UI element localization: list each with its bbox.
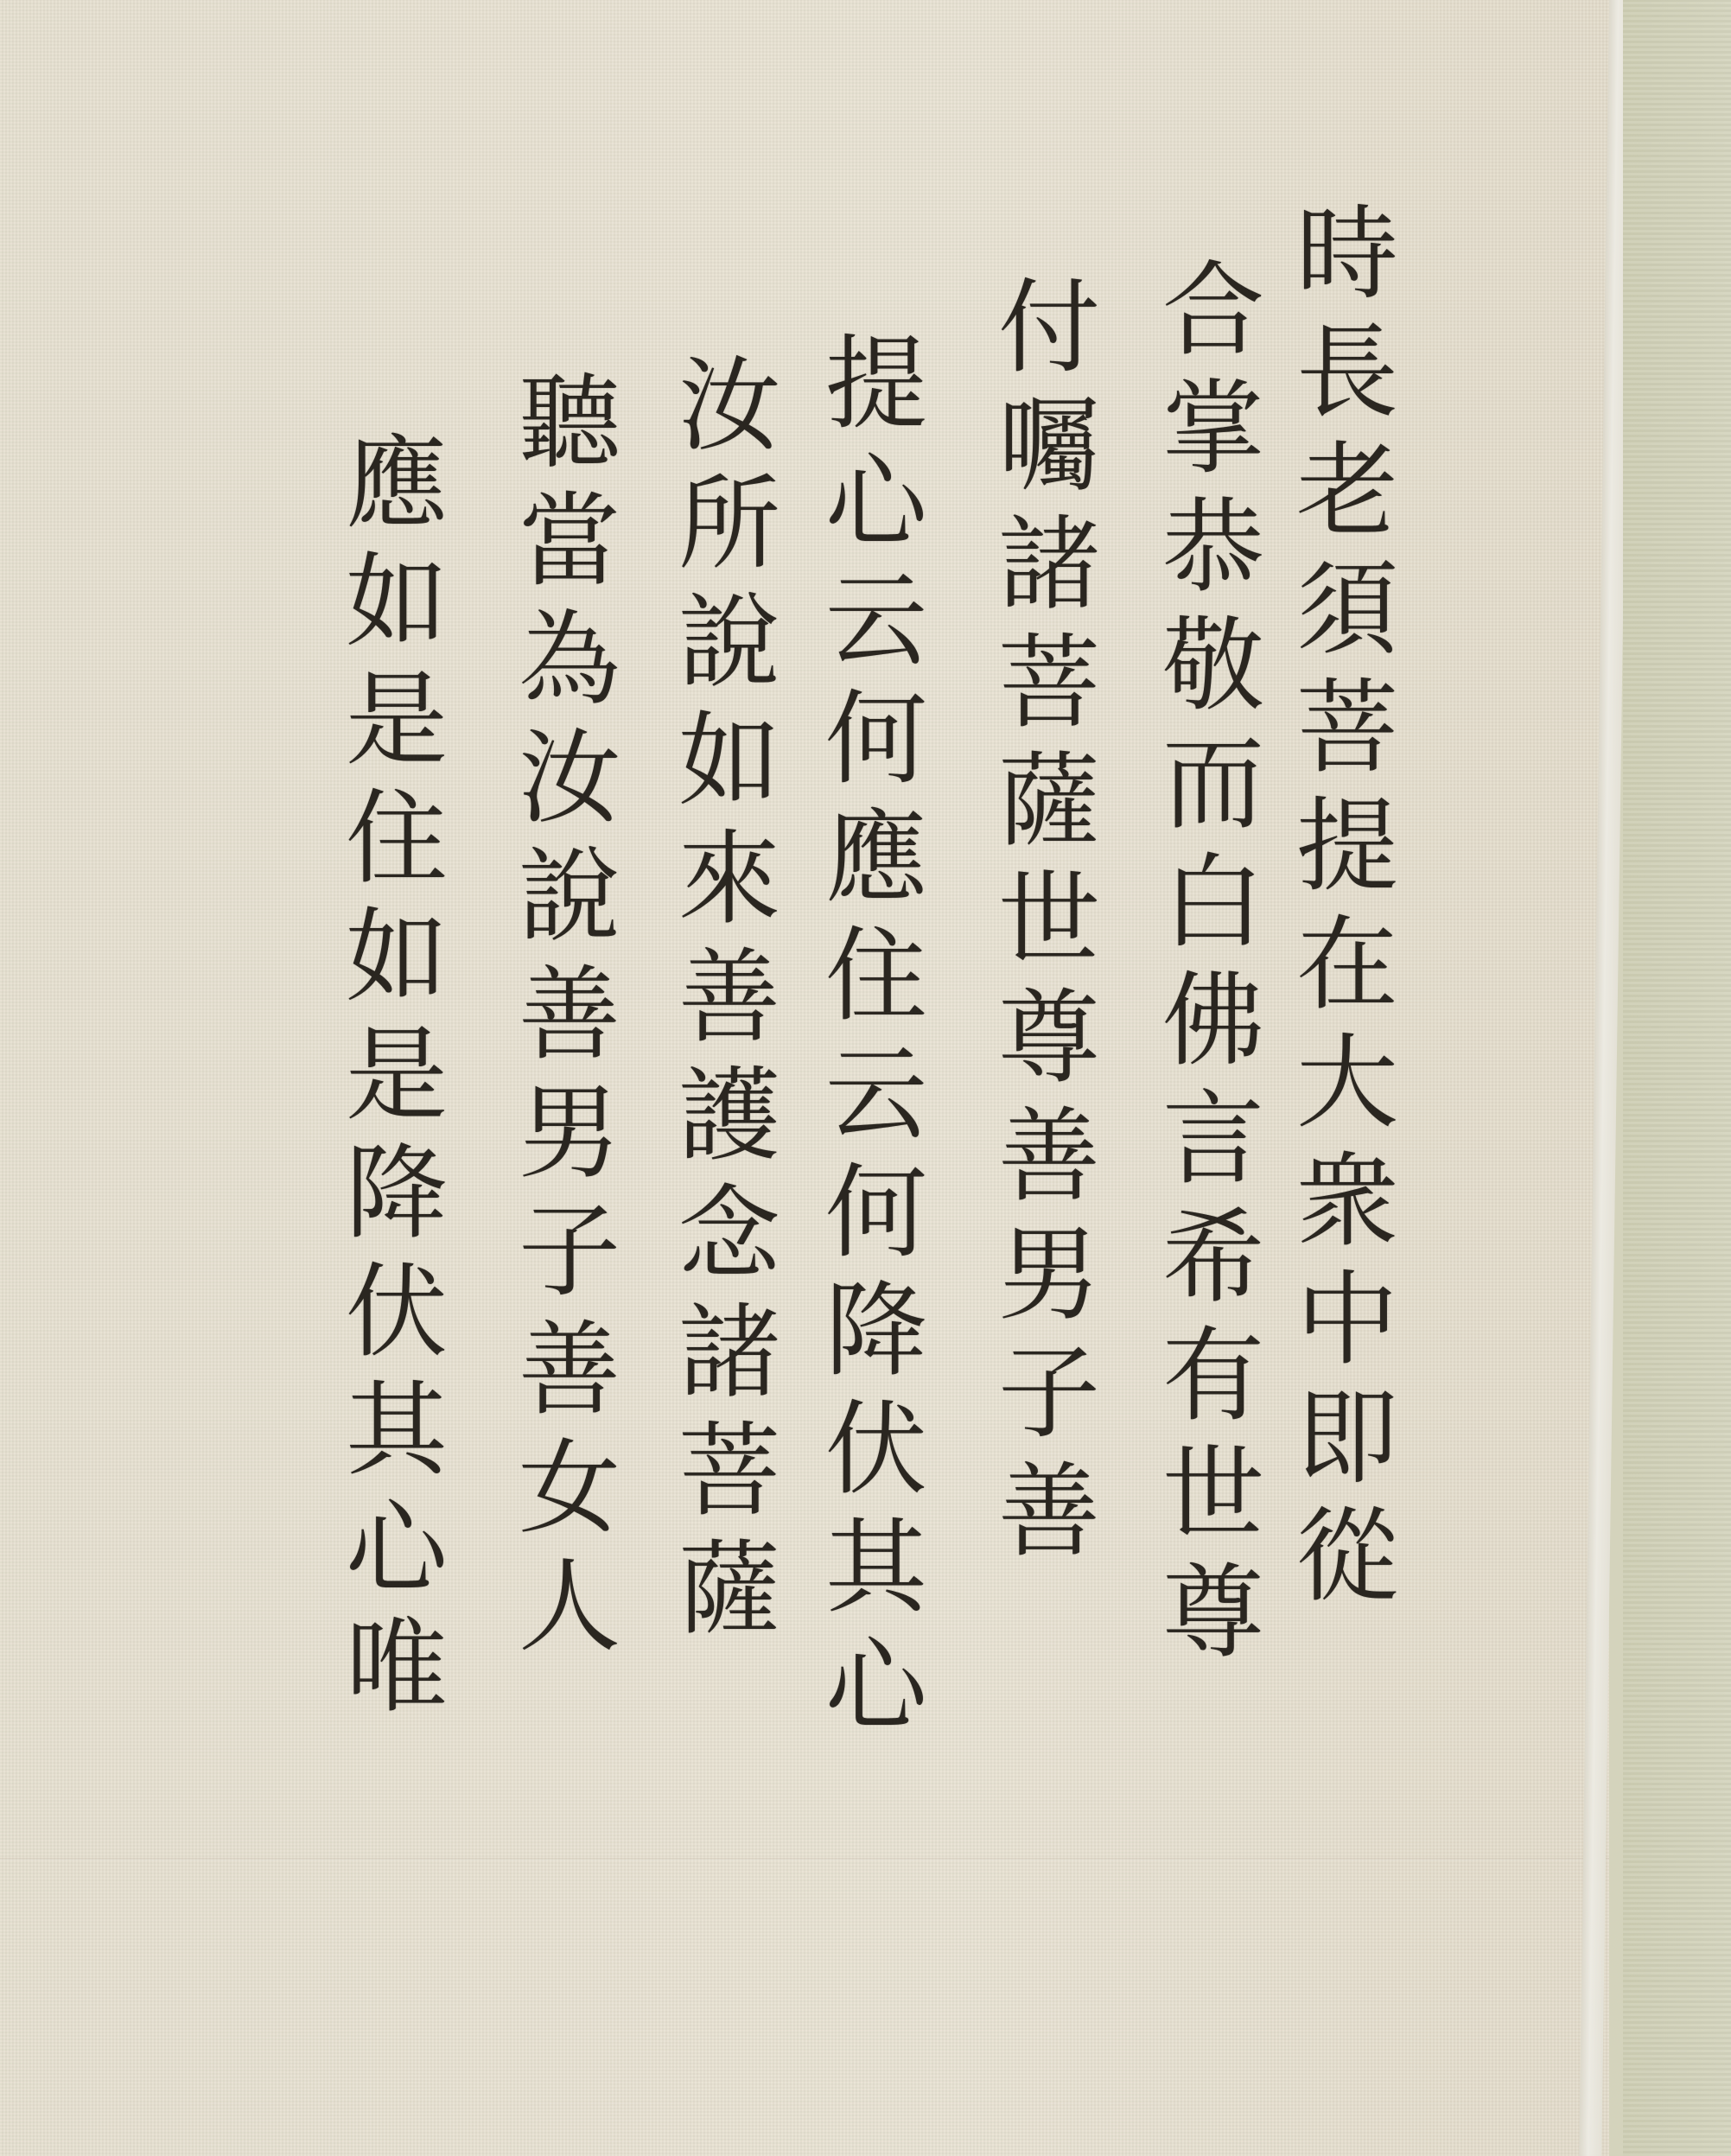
calligraphy-character: 衆 — [1296, 1150, 1398, 1269]
calligraphy-character: 子 — [519, 1200, 620, 1319]
calligraphy-character: 諸 — [998, 513, 1100, 632]
calligraphy-column-5: 汝所說如來善護念諸菩薩 — [678, 354, 780, 1657]
calligraphy-column-6: 聽當為汝說善男子善女人 — [519, 372, 620, 1674]
calligraphy-character: 尊 — [1162, 1561, 1264, 1680]
calligraphy-character: 伏 — [825, 1398, 927, 1517]
calligraphy-character: 善 — [519, 1319, 620, 1437]
calligraphy-character: 女 — [519, 1437, 620, 1555]
calligraphy-character: 人 — [519, 1555, 620, 1674]
calligraphy-character: 護 — [678, 1065, 780, 1183]
calligraphy-character: 善 — [678, 946, 780, 1065]
calligraphy-character: 說 — [519, 845, 620, 964]
calligraphy-character: 子 — [998, 1342, 1100, 1460]
calligraphy-character: 提 — [825, 333, 927, 451]
calligraphy-column-2: 合掌恭敬而白佛言希有世尊 — [1162, 259, 1264, 1680]
calligraphy-character: 是 — [346, 669, 448, 787]
calligraphy-character: 降 — [825, 1280, 927, 1398]
calligraphy-character: 中 — [1296, 1269, 1398, 1387]
calligraphy-character: 敬 — [1162, 614, 1264, 733]
calligraphy-character: 云 — [825, 1043, 927, 1161]
calligraphy-column-7: 應如是住如是降伏其心唯 — [346, 432, 448, 1734]
silk-scroll-panel: 時長老須菩提在大衆中即從 合掌恭敬而白佛言希有世尊 付囑諸菩薩世尊善男子善 提心… — [0, 0, 1609, 2156]
calligraphy-character: 為 — [519, 608, 620, 727]
calligraphy-character: 云 — [825, 569, 927, 688]
calligraphy-character: 如 — [346, 906, 448, 1024]
calligraphy-character: 尊 — [998, 987, 1100, 1105]
green-silk-mount — [1623, 0, 1731, 2156]
calligraphy-character: 住 — [346, 787, 448, 906]
calligraphy-character: 應 — [825, 806, 927, 925]
calligraphy-character: 世 — [998, 868, 1100, 987]
calligraphy-character: 世 — [1162, 1443, 1264, 1561]
calligraphy-character: 汝 — [519, 727, 620, 845]
calligraphy-character: 薩 — [678, 1538, 780, 1657]
calligraphy-character: 薩 — [998, 750, 1100, 868]
calligraphy-character: 有 — [1162, 1325, 1264, 1443]
calligraphy-character: 何 — [825, 688, 927, 806]
calligraphy-character: 男 — [998, 1224, 1100, 1342]
calligraphy-character: 時 — [1296, 203, 1398, 321]
calligraphy-character: 聽 — [519, 372, 620, 490]
calligraphy-character: 來 — [678, 828, 780, 946]
calligraphy-character: 大 — [1296, 1032, 1398, 1150]
calligraphy-character: 從 — [1296, 1505, 1398, 1624]
calligraphy-character: 唯 — [346, 1616, 448, 1734]
calligraphy-character: 其 — [825, 1517, 927, 1635]
calligraphy-character: 當 — [519, 490, 620, 608]
calligraphy-column-3: 付囑諸菩薩世尊善男子善 — [998, 277, 1100, 1579]
calligraphy-character: 心 — [346, 1498, 448, 1616]
calligraphy-character: 伏 — [346, 1261, 448, 1379]
calligraphy-character: 是 — [346, 1024, 448, 1142]
calligraphy-character: 合 — [1162, 259, 1264, 378]
calligraphy-character: 男 — [519, 1082, 620, 1200]
calligraphy-character: 白 — [1162, 851, 1264, 970]
calligraphy-character: 心 — [825, 1635, 927, 1753]
calligraphy-column-1: 時長老須菩提在大衆中即從 — [1296, 203, 1398, 1624]
calligraphy-character: 應 — [346, 432, 448, 550]
calligraphy-character: 諸 — [678, 1301, 780, 1420]
calligraphy-character: 希 — [1162, 1206, 1264, 1325]
calligraphy-character: 菩 — [1296, 677, 1398, 795]
calligraphy-character: 善 — [519, 964, 620, 1082]
calligraphy-character: 佛 — [1162, 970, 1264, 1088]
calligraphy-character: 善 — [998, 1105, 1100, 1224]
calligraphy-character: 汝 — [678, 354, 780, 473]
calligraphy-character: 其 — [346, 1379, 448, 1498]
calligraphy-character: 老 — [1296, 440, 1398, 558]
calligraphy-character: 所 — [678, 473, 780, 591]
calligraphy-character: 掌 — [1162, 378, 1264, 496]
calligraphy-character: 長 — [1296, 321, 1398, 440]
calligraphy-character: 心 — [825, 451, 927, 569]
calligraphy-character: 在 — [1296, 913, 1398, 1032]
calligraphy-character: 何 — [825, 1161, 927, 1280]
calligraphy-character: 如 — [678, 709, 780, 828]
calligraphy-character: 而 — [1162, 733, 1264, 851]
calligraphy-character: 恭 — [1162, 496, 1264, 614]
calligraphy-character: 降 — [346, 1142, 448, 1261]
calligraphy-character: 須 — [1296, 558, 1398, 677]
calligraphy-character: 即 — [1296, 1387, 1398, 1505]
calligraphy-character: 如 — [346, 550, 448, 669]
calligraphy-character: 菩 — [998, 632, 1100, 750]
calligraphy-character: 囑 — [998, 395, 1100, 513]
calligraphy-column-4: 提心云何應住云何降伏其心 — [825, 333, 927, 1753]
calligraphy-character: 付 — [998, 277, 1100, 395]
fold-crease — [0, 1858, 1609, 1860]
calligraphy-character: 念 — [678, 1183, 780, 1301]
calligraphy-character: 菩 — [678, 1420, 780, 1538]
calligraphy-character: 言 — [1162, 1088, 1264, 1206]
calligraphy-character: 善 — [998, 1460, 1100, 1579]
calligraphy-character: 住 — [825, 925, 927, 1043]
calligraphy-character: 提 — [1296, 795, 1398, 913]
calligraphy-character: 說 — [678, 591, 780, 709]
